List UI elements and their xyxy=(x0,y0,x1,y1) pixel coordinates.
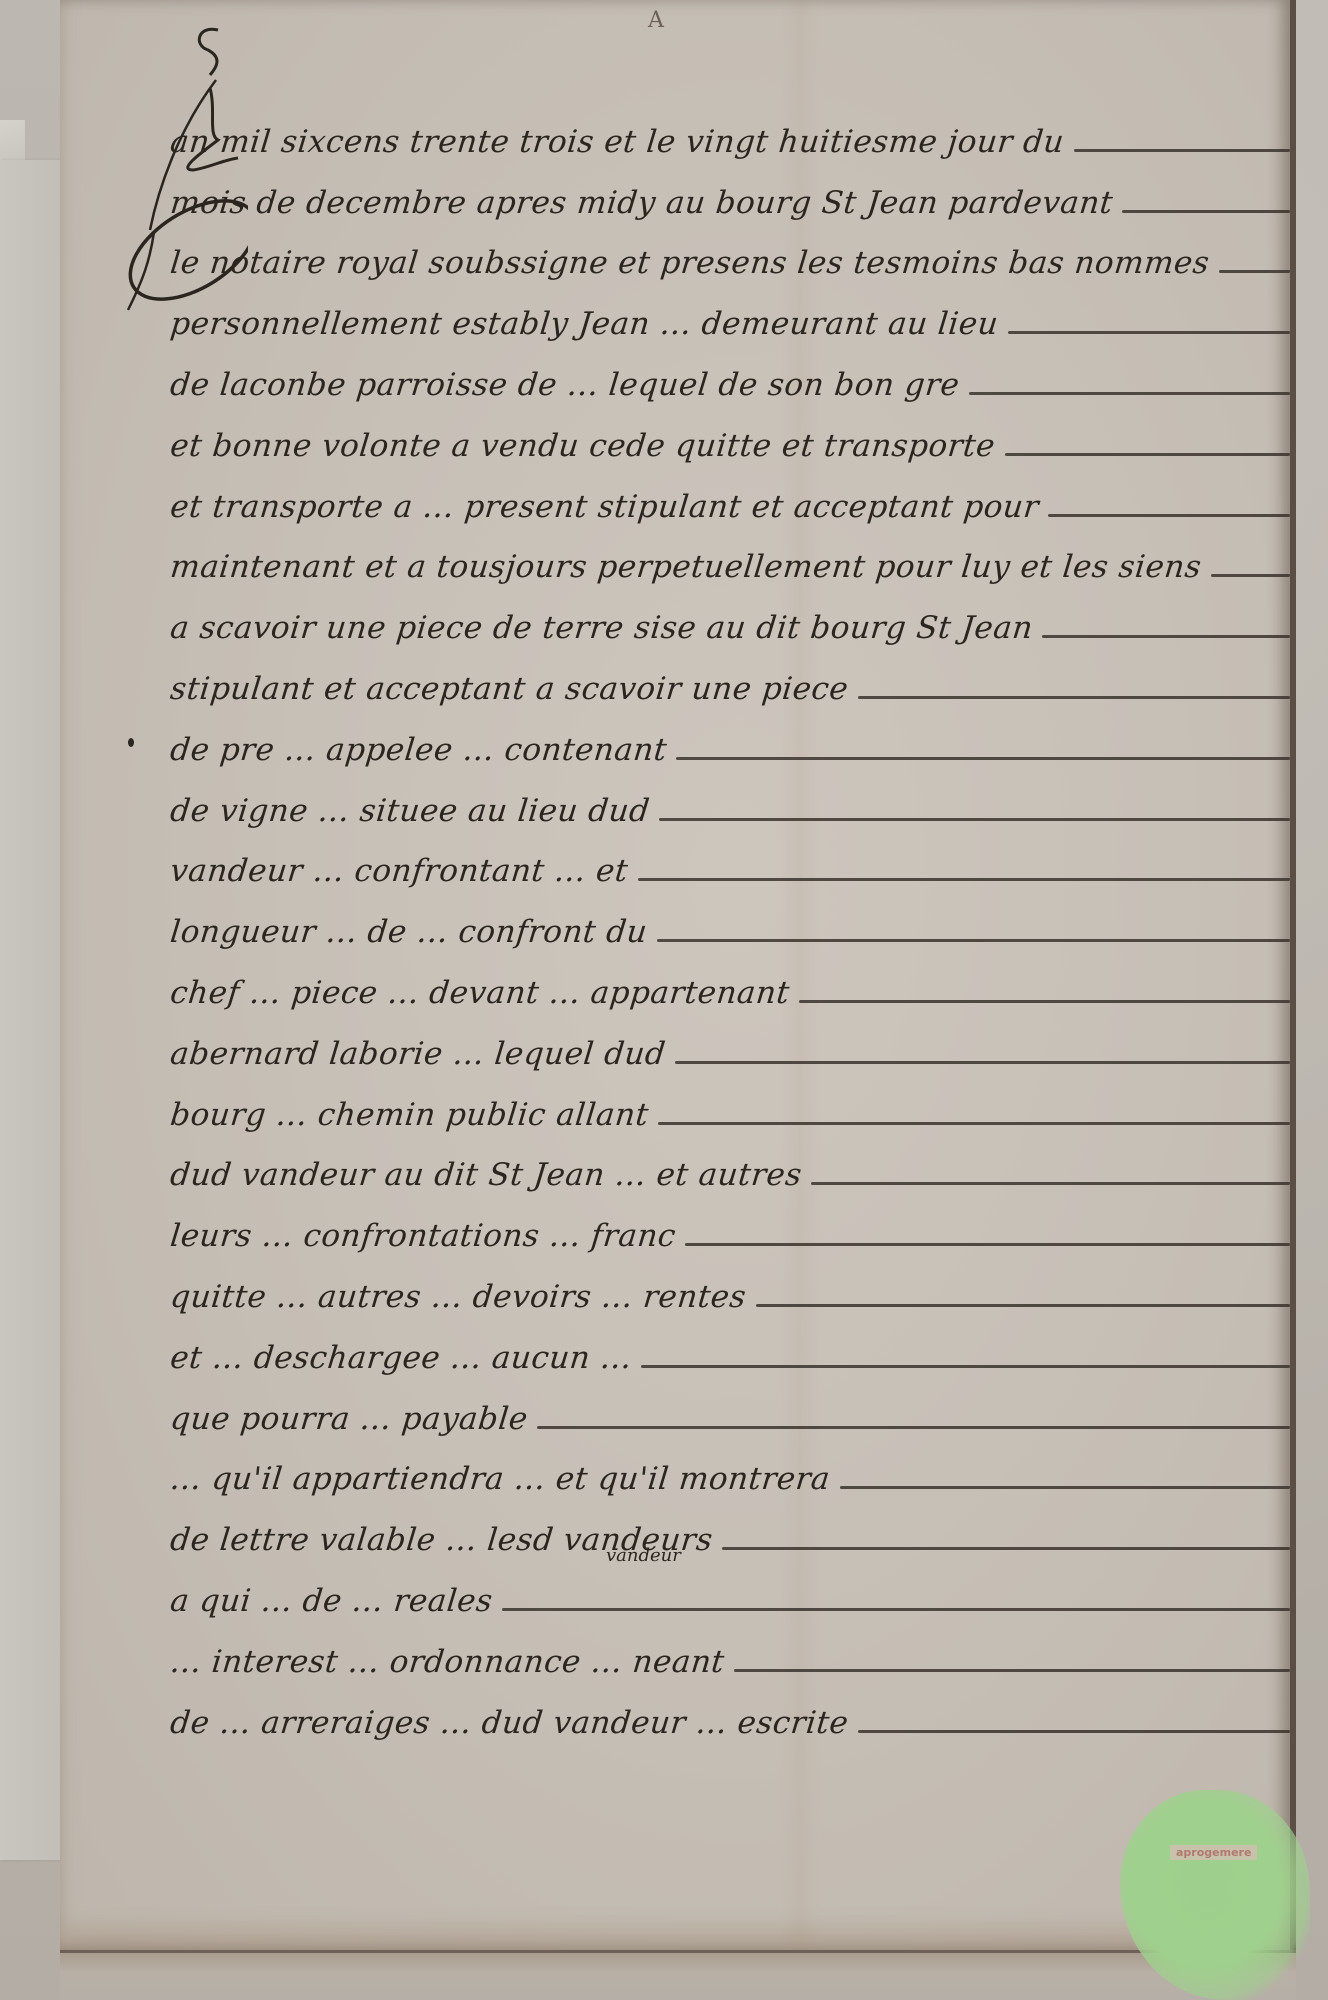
text-line: et ... deschargee ... aucun ... xyxy=(170,1321,1290,1382)
text-line: stipulant et acceptant a scavoir une pie… xyxy=(170,652,1290,713)
margin-ink-dot xyxy=(128,738,134,747)
line-filler xyxy=(537,1426,1290,1429)
text-line: maintenant et a tousjours perpetuellemen… xyxy=(170,531,1290,592)
line-filler xyxy=(1042,635,1290,638)
text-line: le notaire royal soubssigne et presens l… xyxy=(170,227,1290,288)
text-line: abernard laborie ... lequel dud xyxy=(170,1017,1290,1078)
line-filler xyxy=(657,939,1290,942)
line-filler xyxy=(659,818,1290,821)
line-filler xyxy=(840,1486,1290,1489)
text-line: a qui ... de ... reales xyxy=(170,1564,1290,1625)
watermark-label: aprogemere xyxy=(1170,1845,1257,1860)
text-line: chef ... piece ... devant ... appartenan… xyxy=(170,956,1290,1017)
manuscript-page: A an mil sixcens trente trois et le ving… xyxy=(60,0,1296,1950)
text-line: longueur ... de ... confront du xyxy=(170,895,1290,956)
text-line: ... qu'il appartiendra ... et qu'il mont… xyxy=(170,1443,1290,1504)
line-filler xyxy=(1074,149,1290,152)
line-filler xyxy=(1048,514,1290,517)
line-filler xyxy=(1219,270,1290,273)
line-filler xyxy=(1008,331,1290,334)
line-filler xyxy=(1122,210,1290,213)
text-line: mois de decembre apres midy au bourg St … xyxy=(170,166,1290,227)
line-filler xyxy=(858,696,1290,699)
folio-mark: A xyxy=(648,8,664,33)
text-line: an mil sixcens trente trois et le vingt … xyxy=(170,105,1290,166)
line-filler xyxy=(811,1182,1290,1185)
text-line: de pre ... appelee ... contenant xyxy=(170,713,1290,774)
line-filler xyxy=(1211,574,1290,577)
text-line: et transporte a ... present stipulant et… xyxy=(170,470,1290,531)
line-filler xyxy=(675,1061,1290,1064)
line-filler xyxy=(641,1365,1290,1368)
text-line: de vigne ... situee au lieu dud xyxy=(170,774,1290,835)
text-line: de ... arreraiges ... dud vandeur ... es… xyxy=(170,1686,1290,1747)
text-line: de laconbe parroisse de ... lequel de so… xyxy=(170,348,1290,409)
line-filler xyxy=(799,1000,1290,1003)
interlinear-insertion: vandeur xyxy=(606,1545,681,1566)
line-filler xyxy=(1005,453,1290,456)
text-body: an mil sixcens trente trois et le vingt … xyxy=(170,105,1290,1747)
text-line: a scavoir une piece de terre sise au dit… xyxy=(170,591,1290,652)
line-filler xyxy=(722,1547,1290,1550)
text-line: bourg ... chemin public allant xyxy=(170,1078,1290,1139)
text-line: ... interest ... ordonnance ... neant xyxy=(170,1625,1290,1686)
underlying-sheet xyxy=(0,160,64,1860)
line-filler xyxy=(502,1608,1290,1611)
text-line: que pourra ... payable xyxy=(170,1382,1290,1443)
text-line: quitte ... autres ... devoirs ... rentes xyxy=(170,1260,1290,1321)
line-filler xyxy=(734,1669,1290,1672)
line-filler xyxy=(658,1122,1290,1125)
text-line: leurs ... confrontations ... franc xyxy=(170,1199,1290,1260)
text-line: de lettre valable ... lesd vandeurs xyxy=(170,1503,1290,1564)
line-filler xyxy=(685,1243,1290,1246)
line-filler xyxy=(858,1730,1290,1733)
text-line: vandeur ... confrontant ... et xyxy=(170,835,1290,896)
line-filler xyxy=(756,1304,1290,1307)
text-line: personnellement estably Jean ... demeura… xyxy=(170,287,1290,348)
line-filler xyxy=(969,392,1290,395)
page-bottom-edge xyxy=(60,1950,1296,2000)
text-line: dud vandeur au dit St Jean ... et autres xyxy=(170,1139,1290,1200)
line-filler xyxy=(676,757,1290,760)
text-line: et bonne volonte a vendu cede quitte et … xyxy=(170,409,1290,470)
line-filler xyxy=(638,878,1290,881)
